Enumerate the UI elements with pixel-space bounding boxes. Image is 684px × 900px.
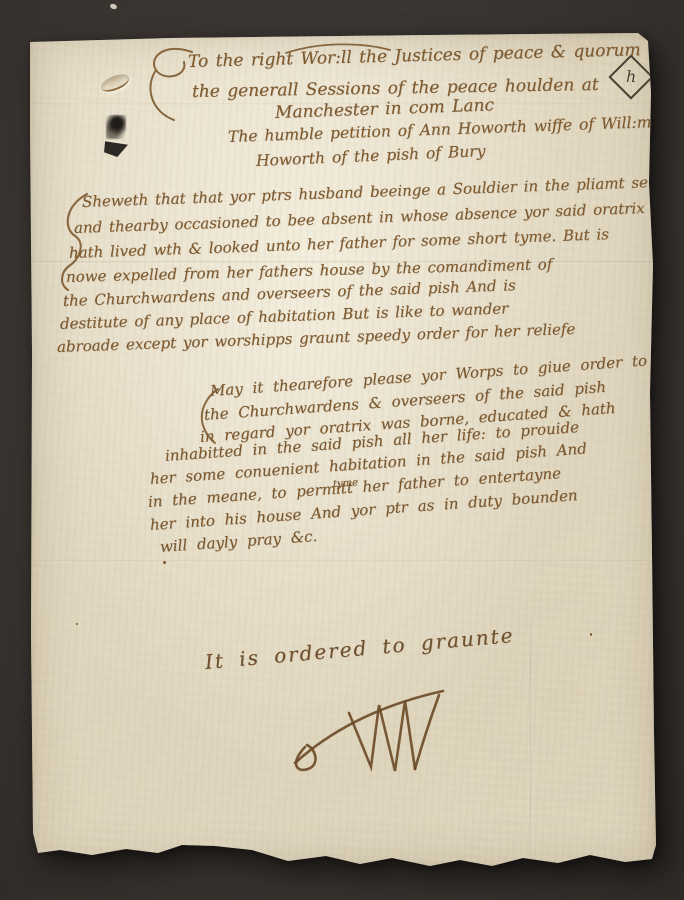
background-speck	[109, 3, 117, 10]
monogram-signature	[285, 683, 455, 778]
classmark-stamp: h	[608, 54, 653, 99]
paper: h To the right Wor:ll the Justices of pe…	[30, 33, 656, 868]
ink-speck	[590, 633, 592, 636]
paper-slit	[98, 71, 131, 95]
paper-hole	[103, 139, 129, 158]
paper-wrapper: h To the right Wor:ll the Justices of pe…	[30, 33, 656, 868]
interlinear-insertion: tyme	[333, 477, 359, 490]
address-line: To the right Wor:ll the Justices of peac…	[188, 40, 665, 72]
fold-crease	[30, 560, 656, 563]
ink-smudge	[106, 115, 126, 139]
ink-speck	[163, 561, 166, 564]
stamp-letter: h	[626, 69, 636, 85]
ink-speck	[76, 623, 78, 625]
petition-title-line: Howorth of the pish of Bury	[256, 142, 486, 170]
endorsement-line: It is ordered to graunte	[204, 623, 515, 674]
fold-crease	[530, 623, 533, 865]
photograph-of-manuscript: h To the right Wor:ll the Justices of pe…	[0, 0, 684, 900]
